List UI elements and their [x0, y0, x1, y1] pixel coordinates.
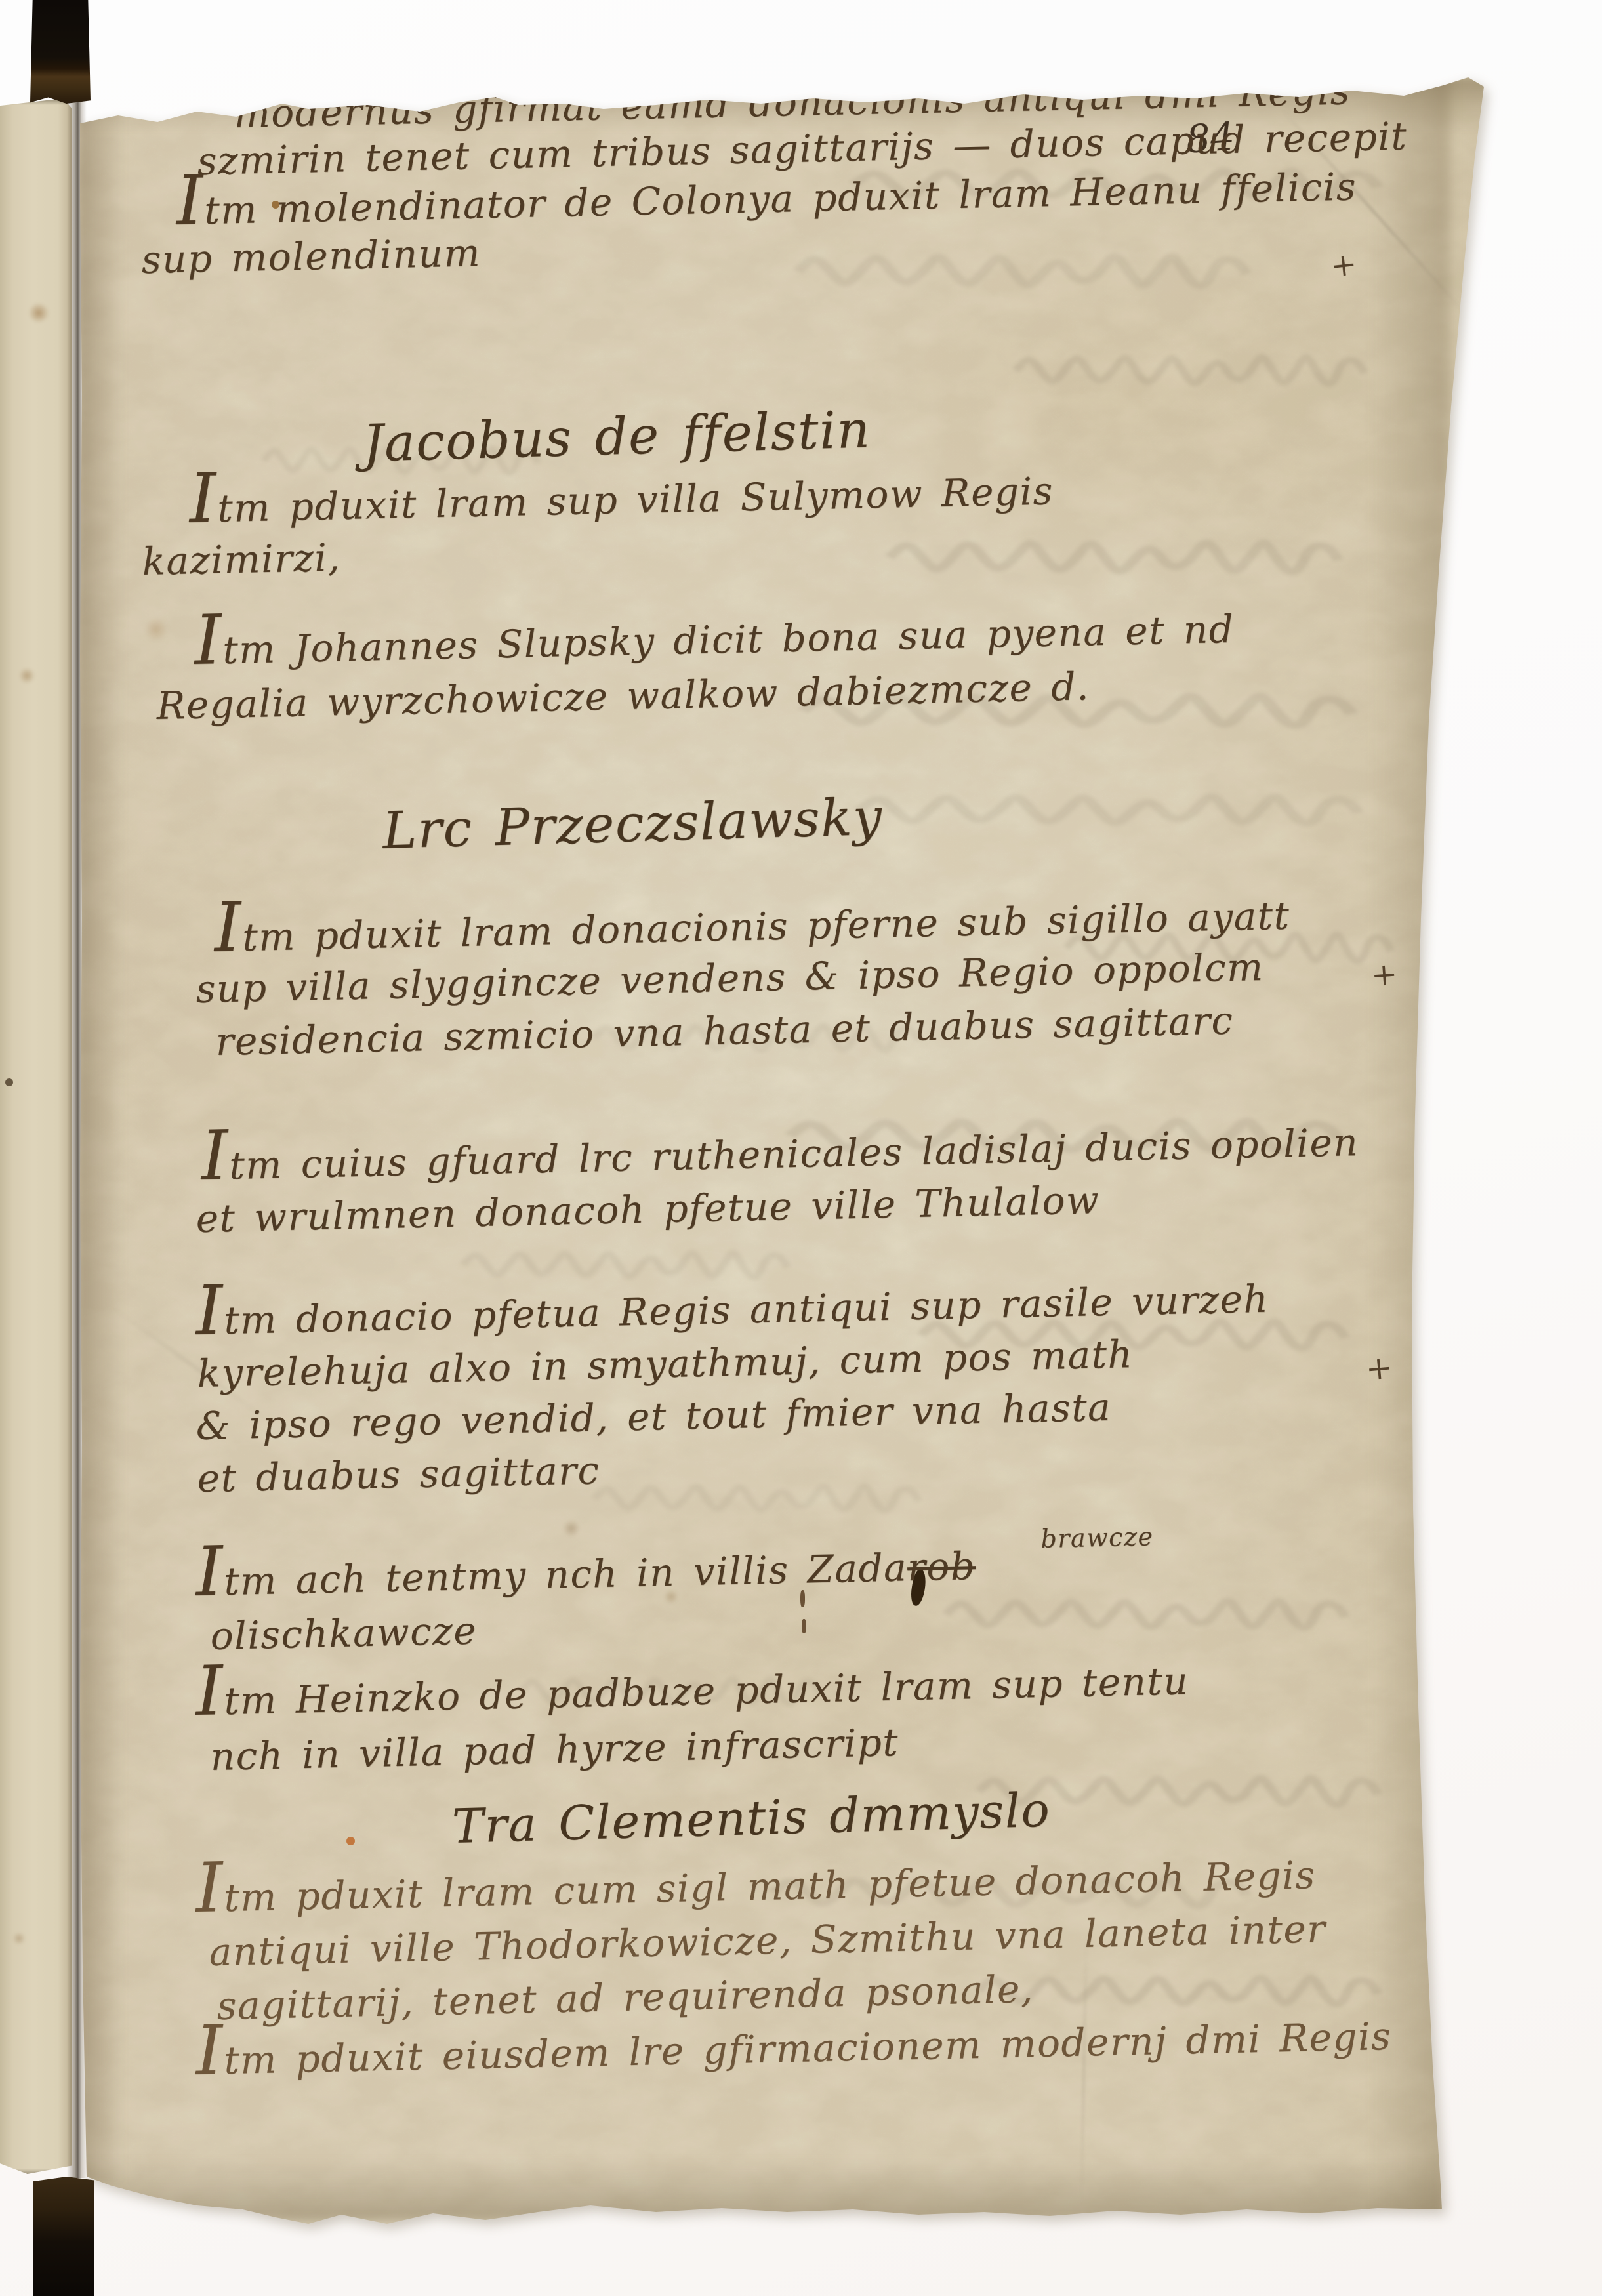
interlinear-correction: brawcze [1040, 1522, 1154, 1553]
foxing-spot [18, 668, 35, 684]
foxing-spot [5, 1078, 13, 1086]
binding-strap-bottom [33, 2177, 94, 2296]
binding-strap-top [30, 0, 91, 104]
text-line: sup molendinum [141, 230, 482, 282]
margin-plus-mark: + [1365, 1349, 1394, 1387]
manuscript-page: 84 + + + modernus gfirmat eamd donacioni… [0, 0, 1602, 2296]
faint-stain [143, 618, 169, 640]
stray-ink-dash [800, 1590, 805, 1607]
foxing-spot [28, 303, 50, 323]
page-shadow-wrap: 84 + + + modernus gfirmat eamd donacioni… [0, 0, 1602, 2296]
stray-ink-dash [802, 1619, 806, 1633]
text-line: olischkawcze [210, 1608, 478, 1658]
crossed-out-word: rob [907, 1544, 976, 1589]
scanned-manuscript-photo: 84 + + + modernus gfirmat eamd donacioni… [0, 0, 1602, 2296]
margin-plus-mark: + [1328, 245, 1359, 285]
smudge [562, 1521, 581, 1536]
rust-dot [346, 1837, 355, 1845]
foxing-spot [12, 1933, 26, 1944]
text-line: kazimirzi, [142, 535, 341, 584]
text-line: et duabus sagittarc [197, 1448, 600, 1501]
margin-plus-mark: + [1370, 956, 1399, 994]
